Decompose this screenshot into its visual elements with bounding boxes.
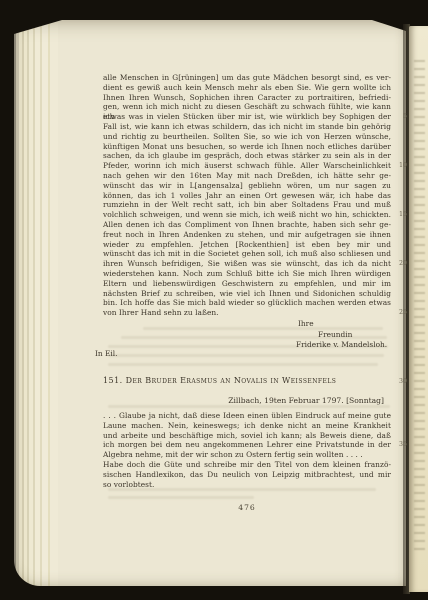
text-line: so vorlobtest.: [103, 480, 391, 490]
letter-151-body: . . . Glaube ja nicht, daß diese Ideen e…: [103, 411, 391, 489]
text-line: wünscht das wir in L[angensalza] geblieh…: [103, 181, 391, 191]
signature-line-2: Freundin: [318, 330, 352, 340]
adjacent-page-edge: [409, 26, 428, 592]
text-line: . . . Glaube ja nicht, daß diese Ideen e…: [103, 411, 391, 421]
bleed-through-line: [108, 405, 390, 408]
margin-line-number-15: 15: [394, 210, 407, 220]
text-line: alle Menschen in G[rüningen] um das gute…: [103, 73, 391, 83]
bleed-through-line: [108, 496, 254, 499]
text-line: nach gehen wir den 16ten May mit nach Dr…: [103, 171, 391, 181]
signature-line-1: Ihre: [298, 319, 314, 329]
text-line: und arbeite und beschäftige mich, soviel…: [103, 431, 391, 441]
book-photo: alle Menschen in G[rüningen] um das gute…: [0, 0, 428, 600]
letter-151-heading: 151. Der Bruder Erasmus an Novalis in We…: [103, 376, 391, 385]
bleed-through-line: [108, 363, 378, 366]
page-content: alle Menschen in G[rüningen] um das gute…: [103, 0, 391, 600]
text-line: ich morgen bei dem neu angekommenen Lehr…: [103, 440, 391, 450]
margin-line-number-30: 30: [394, 377, 407, 387]
text-line: nächsten Brief zu schreiben, wie viel ic…: [103, 289, 391, 299]
text-line: gen, wenn ich mich nicht zu diesen Gesch…: [103, 102, 391, 112]
text-line: wiederstehen kann. Noch zum Schluß bitte…: [103, 269, 391, 279]
text-line: Ihnen Ihren Wunsch, Sophichen ihren Cara…: [103, 93, 391, 103]
adjacent-page-ghost-text: [414, 54, 425, 554]
margin-line-number-20: 20: [394, 259, 407, 269]
page-number: 476: [103, 503, 391, 512]
text-line: Fall ist, wie kann ich etwas schildern, …: [103, 122, 391, 132]
text-line: wünscht das ich mit in die Societet gehe…: [103, 249, 391, 259]
bleed-through-line: [108, 354, 384, 357]
text-line: rumziehn in der Welt recht satt, ich bin…: [103, 200, 391, 210]
postscript-in-eil: In Eil.: [95, 349, 118, 358]
text-line: sischen Handlexikon, das Du neulich von …: [103, 470, 391, 480]
margin-line-number-25: 25: [394, 308, 407, 318]
text-line: Algebra nehme, mit der wir schon zu Oste…: [103, 450, 391, 460]
text-line: freut noch in Ihren Andenken zu stehen, …: [103, 230, 391, 240]
text-line: Habe doch die Güte und schreibe mir den …: [103, 460, 391, 470]
text-line: können, das ich 1 volles Jahr an einen O…: [103, 191, 391, 201]
text-line: sachen, da ich glaube im gespräch, doch …: [103, 151, 391, 161]
text-line: dient es gewiß auch kein Mensch mehr als…: [103, 83, 391, 93]
text-line: Laune machen. Nein, keineswegs; ich denk…: [103, 421, 391, 431]
letter-151-dateline: Zillbach, 19ten Februar 1797. [Sonntag]: [103, 396, 391, 405]
text-line: Eltern und liebenswürdigen Geschwistern …: [103, 279, 391, 289]
text-line: künftigen Monat uns besuchen, so werde i…: [103, 142, 391, 152]
text-line: volchlich schweigen, und wenn sie mich, …: [103, 210, 391, 220]
margin-line-number-5: 5: [394, 112, 407, 122]
margin-line-number-10: 10: [394, 161, 407, 171]
text-line: etwas was in vielen Stücken über mir ist…: [103, 112, 391, 122]
text-line: und richtig zu beurtheilen. Sollten Sie,…: [103, 132, 391, 142]
text-line: Pfeder, worinn ich mich äuserst schwach …: [103, 161, 391, 171]
text-line: wieder zu empfehlen. Jetchen [Rockenthie…: [103, 240, 391, 250]
text-line: Allen denen ich das Compliment von Ihnen…: [103, 220, 391, 230]
signature-line-3: Friderike v. Mandelsloh.: [296, 340, 387, 350]
letter-150-body: alle Menschen in G[rüningen] um das gute…: [103, 73, 391, 318]
text-line: von Ihrer Hand sehn zu laßen.: [103, 308, 391, 318]
text-line: bin. Ich hoffe das Sie mich bald wieder …: [103, 298, 391, 308]
margin-line-number-35: 35: [394, 440, 407, 450]
text-line: ihren Wunsch befridigen, Sie wißen was s…: [103, 259, 391, 269]
